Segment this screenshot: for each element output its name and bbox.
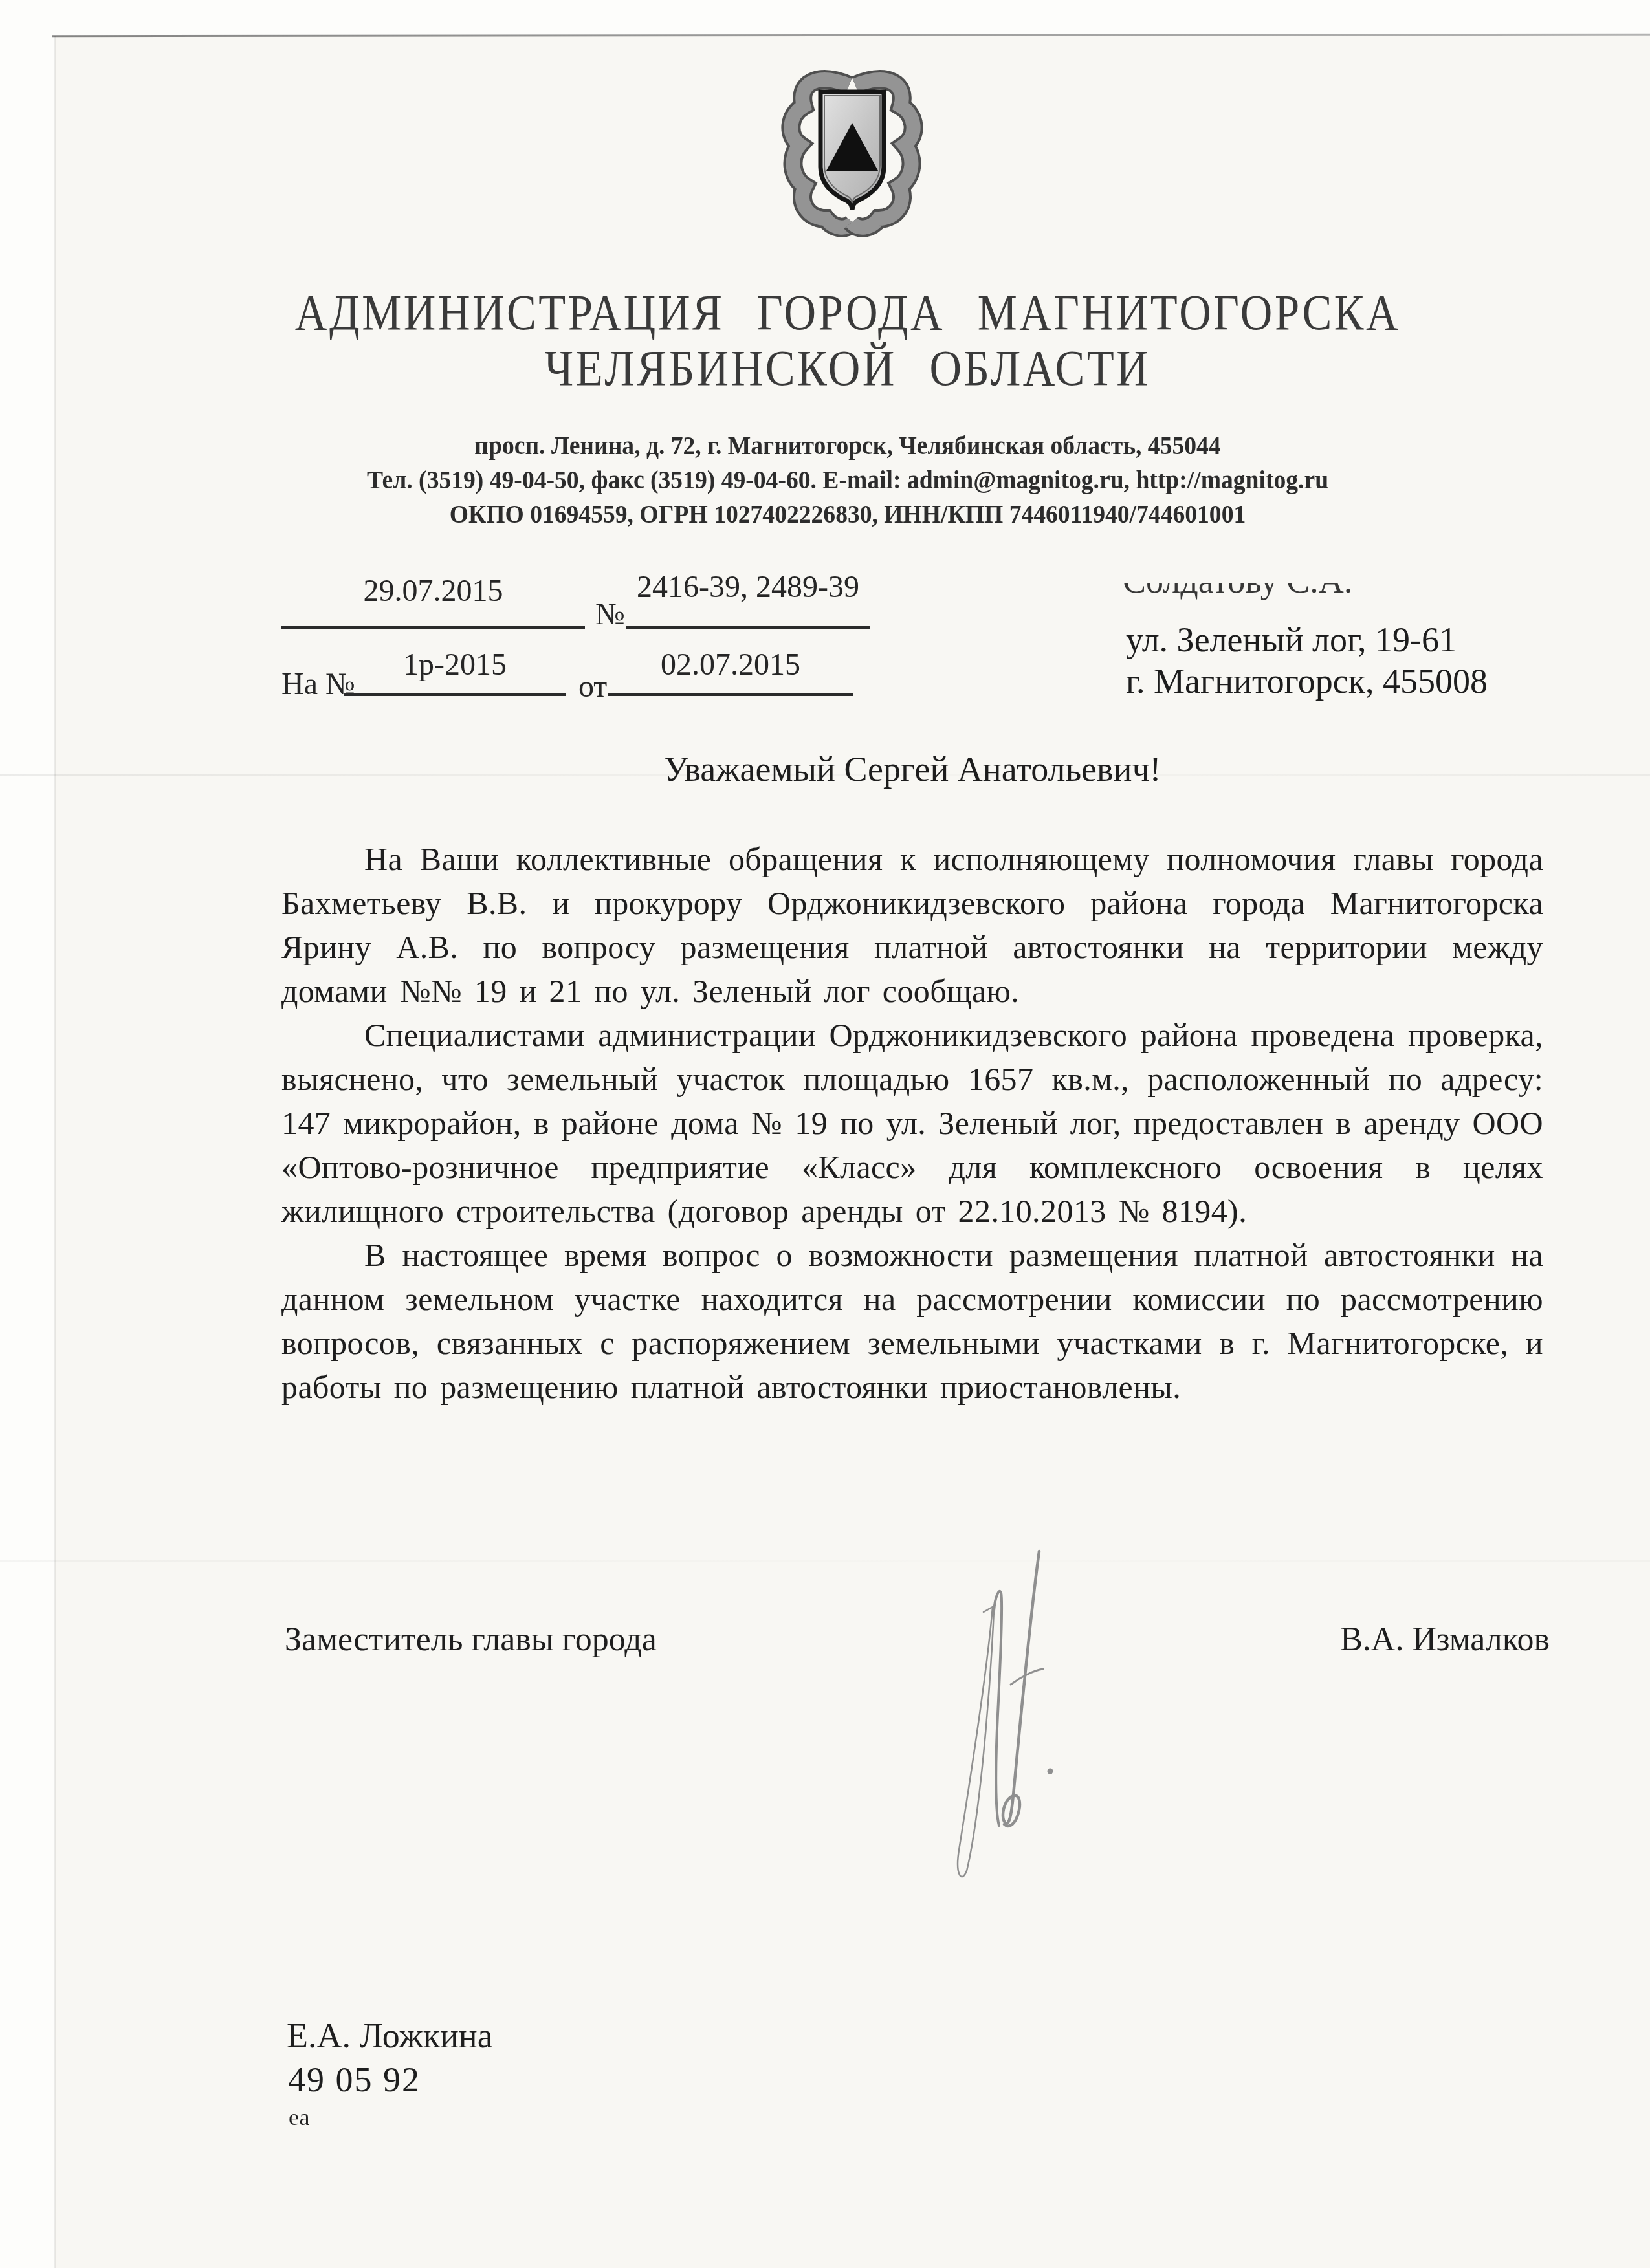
body-paragraph-3: В настоящее время вопрос о возможности р… xyxy=(281,1233,1543,1409)
reply-date: 02.07.2015 xyxy=(608,647,853,682)
signer-position: Заместитель главы города xyxy=(285,1620,657,1659)
from-label: от xyxy=(578,669,607,704)
letter-body: На Ваши коллективные обращения к исполня… xyxy=(281,837,1543,1409)
recipient-city: г. Магнитогорск, 455008 xyxy=(1126,661,1488,701)
executor-initials: еа xyxy=(289,2104,309,2131)
reply-date-underline xyxy=(608,693,853,696)
paper-edge-left xyxy=(54,36,56,2268)
org-title-line1: АДМИНИСТРАЦИЯ ГОРОДА МАГНИТОГОРСКА xyxy=(102,285,1594,340)
letterhead-codes: ОКПО 01694559, ОГРН 1027402226830, ИНН/К… xyxy=(51,497,1645,531)
letterhead-contacts: просп. Ленина, д. 72, г. Магнитогорск, Ч… xyxy=(51,428,1645,531)
outgoing-date: 29.07.2015 xyxy=(281,573,585,609)
reply-underline xyxy=(344,693,566,696)
executor-name: Е.А. Ложкина xyxy=(287,2016,493,2056)
scanned-letter-page: { "colors": { "paper": "#f8f7f3", "ink":… xyxy=(0,0,1650,2268)
scan-crease-line xyxy=(0,1560,1650,1562)
salutation: Уважаемый Сергей Анатольевич! xyxy=(281,749,1543,789)
outgoing-number: 2416-39, 2489-39 xyxy=(626,569,870,605)
number-sign: № xyxy=(595,596,625,632)
org-title-line2: ЧЕЛЯБИНСКОЙ ОБЛАСТИ xyxy=(102,340,1594,396)
recipient-name-faded: Солдатову С.А. xyxy=(1123,583,1485,605)
org-title: АДМИНИСТРАЦИЯ ГОРОДА МАГНИТОГОРСКА ЧЕЛЯБ… xyxy=(102,285,1594,396)
number-underline xyxy=(626,626,870,629)
letterhead-phones: Тел. (3519) 49-04-50, факс (3519) 49-04-… xyxy=(51,463,1645,497)
body-paragraph-1: На Ваши коллективные обращения к исполня… xyxy=(281,837,1543,1013)
date-underline xyxy=(281,626,585,629)
coat-of-arms-emblem xyxy=(771,69,933,237)
pen-dot xyxy=(1048,1769,1053,1774)
signer-name: В.А. Измалков xyxy=(1229,1620,1550,1659)
executor-phone: 49 05 92 xyxy=(288,2060,421,2100)
handwritten-signature xyxy=(945,1546,1061,1882)
recipient-street: ул. Зеленый лог, 19-61 xyxy=(1126,620,1457,660)
letterhead-address: просп. Ленина, д. 72, г. Магнитогорск, Ч… xyxy=(51,428,1645,463)
reply-number: 1р-2015 xyxy=(344,647,566,682)
body-paragraph-2: Специалистами администрации Орджоникидзе… xyxy=(281,1013,1543,1233)
